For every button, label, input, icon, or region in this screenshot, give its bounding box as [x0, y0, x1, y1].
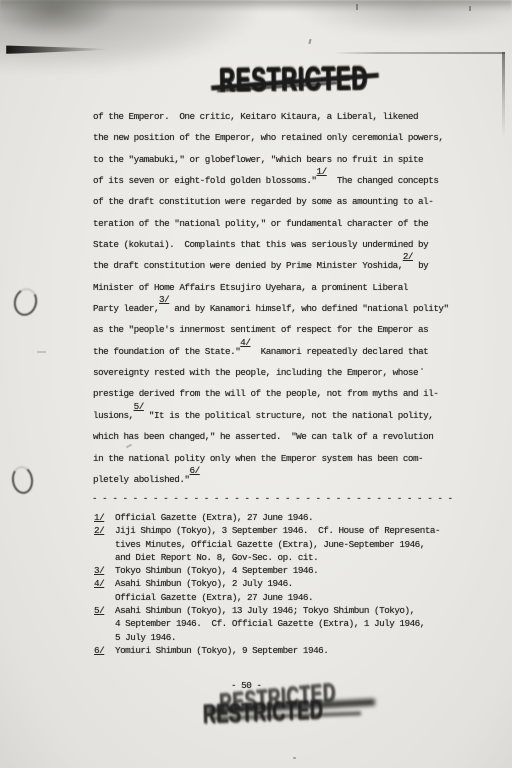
footnote-text: 4 September 1946. Cf. Official Gazette (… — [115, 617, 425, 630]
paper-speck — [37, 351, 46, 353]
footnote-number — [94, 551, 115, 564]
body-line: State (kokutai). Complaints that this wa… — [93, 234, 473, 255]
footnote-text: Tokyo Shimbun (Tokyo), 4 September 1946. — [115, 564, 318, 577]
body-line: the new position of the Emperor, who ret… — [93, 127, 473, 148]
body-line: teration of the "national polity," or fu… — [93, 213, 473, 234]
footnote-number — [94, 631, 115, 644]
footnote-row: tives Minutes, Official Gazette (Extra),… — [94, 538, 484, 551]
body-line: pletely abolished."6/ — [93, 469, 473, 490]
footnote-marker: 5/ — [134, 401, 144, 412]
footnote-row: 3/Tokyo Shimbun (Tokyo), 4 September 194… — [94, 564, 484, 577]
footnote-text: tives Minutes, Official Gazette (Extra),… — [115, 538, 425, 551]
footnote-marker: 1/ — [316, 166, 326, 177]
footnote-row: 6/Yomiuri Shimbun (Tokyo), 9 September 1… — [94, 644, 484, 657]
body-line: prestige derived from the will of the pe… — [93, 383, 473, 404]
body-line: the foundation of the State."4/ Kanamori… — [93, 341, 473, 362]
footnote-marker: 4/ — [240, 337, 250, 348]
body-line: of its seven or eight-fold golden blosso… — [93, 170, 473, 191]
paper-speck — [308, 39, 311, 44]
scan-corner-smudge — [0, 0, 118, 37]
footnote-row: 4/Asahi Shimbun (Tokyo), 2 July 1946. — [94, 577, 484, 590]
margin-pencil-mark — [10, 465, 35, 496]
footnote-number: 4/ — [94, 577, 115, 590]
footnotes: 1/Official Gazette (Extra), 27 June 1946… — [94, 511, 484, 657]
footnote-text: Yomiuri Shimbun (Tokyo), 9 September 194… — [115, 644, 328, 657]
footnote-text: Jiji Shimpo (Tokyo), 3 September 1946. C… — [115, 524, 440, 537]
footnote-row: 4 September 1946. Cf. Official Gazette (… — [94, 617, 484, 630]
body-line: to the "yamabuki," or globeflower, "whic… — [93, 149, 473, 170]
body-text: of the Emperor. One critic, Keitaro Kita… — [93, 106, 473, 490]
paper-speck — [356, 4, 358, 10]
footnote-number: 1/ — [94, 511, 115, 524]
footnote-row: 5 July 1946. — [94, 631, 484, 644]
restricted-stamp-top: RESTRICTED — [219, 59, 390, 107]
footnote-number: 3/ — [94, 564, 115, 577]
footnote-number — [94, 538, 115, 551]
footnote-number — [94, 617, 115, 630]
footnote-text: Official Gazette (Extra), 27 June 1946. — [115, 511, 313, 524]
paper-speck — [469, 6, 471, 11]
footnote-marker: 6/ — [190, 465, 200, 476]
footnote-text: Asahi Shimbun (Tokyo), 13 July 1946; Tok… — [115, 604, 415, 617]
body-line: Party leader,3/ and by Kanamori himself,… — [93, 298, 473, 319]
body-line: the draft constitution were denied by Pr… — [93, 255, 473, 276]
body-line: of the Emperor. One critic, Keitaro Kita… — [93, 106, 473, 127]
document-page: RESTRICTED of the Emperor. One critic, K… — [0, 0, 512, 768]
footnote-number: 5/ — [94, 604, 115, 617]
footnote-separator: - - - - - - - - - - - - - - - - - - - - … — [92, 493, 453, 505]
paper-speck — [293, 757, 296, 759]
footnote-row: 2/Jiji Shimpo (Tokyo), 3 September 1946.… — [94, 524, 484, 537]
body-line: of the draft constitution were regarded … — [93, 191, 473, 212]
margin-pencil-mark — [11, 286, 40, 319]
paper-edge-line — [333, 52, 505, 54]
footnote-marker: 3/ — [159, 294, 169, 305]
footnote-text: 5 July 1946. — [115, 631, 176, 644]
footnote-row: Official Gazette (Extra), 27 June 1946. — [94, 591, 484, 604]
body-line: as the "people's innermost sentiment of … — [93, 319, 473, 340]
footnote-row: 1/Official Gazette (Extra), 27 June 1946… — [94, 511, 484, 524]
footnote-marker: 2/ — [403, 251, 413, 262]
body-line: sovereignty rested with the people, incl… — [93, 362, 473, 383]
footnote-number: 6/ — [94, 644, 115, 657]
restricted-stamp-bottom: RESTRICTED RESTRICTED — [203, 690, 388, 742]
paper-edge-line — [502, 52, 505, 138]
footnote-text: Asahi Shimbun (Tokyo), 2 July 1946. — [115, 577, 293, 590]
footnote-row: and Diet Report No. 8, Gov-Sec. op. cit. — [94, 551, 484, 564]
footnote-text: and Diet Report No. 8, Gov-Sec. op. cit. — [115, 551, 318, 564]
body-line: lusions,5/ "It is the political structur… — [93, 405, 473, 426]
footnote-row: 5/Asahi Shimbun (Tokyo), 13 July 1946; T… — [94, 604, 484, 617]
body-line: which has been changed," he asserted. "W… — [93, 426, 473, 447]
body-line: Minister of Home Affairs Etsujiro Uyehar… — [93, 277, 473, 298]
footnote-number — [94, 591, 115, 604]
scan-corner-smudge — [295, 0, 512, 36]
body-line: in the national polity only when the Emp… — [93, 448, 473, 469]
footnote-number: 2/ — [94, 524, 115, 537]
footnote-text: Official Gazette (Extra), 27 June 1946. — [115, 591, 313, 604]
